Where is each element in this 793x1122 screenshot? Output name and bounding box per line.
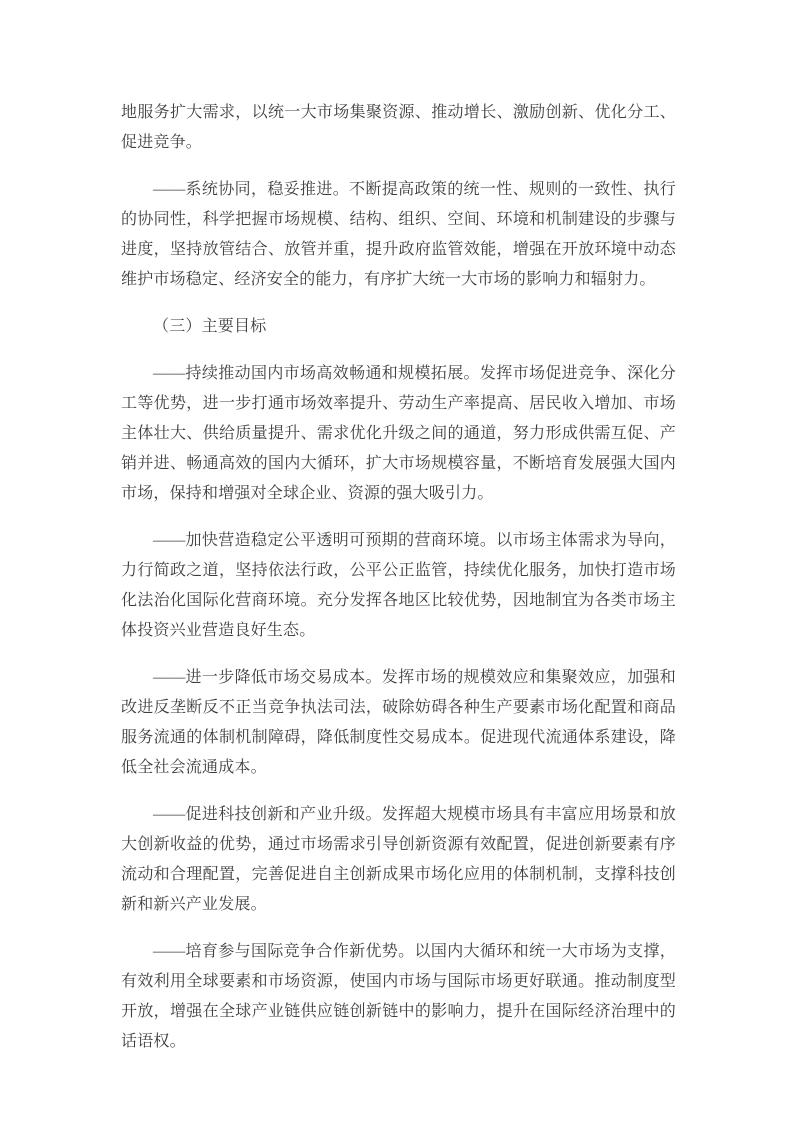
paragraph-continuation: 地服务扩大需求，以统一大市场集聚资源、推动增长、激励创新、优化分工、促进竞争。 [121,98,676,158]
paragraph-goal-business-environment: ——加快营造稳定公平透明可预期的营商环境。以市场主体需求为导向，力行简政之道，坚… [121,526,676,646]
document-page: 地服务扩大需求，以统一大市场集聚资源、推动增长、激励创新、优化分工、促进竞争。 … [0,0,793,1122]
paragraph-goal-tech-innovation-upgrade: ——促进科技创新和产业升级。发挥超大规模市场具有丰富应用场景和放大创新收益的优势… [121,800,676,920]
paragraph-goal-international-competition: ——培育参与国际竞争合作新优势。以国内大循环和统一大市场为支撑，有效利用全球要素… [121,937,676,1057]
paragraph-goal-lower-transaction-costs: ——进一步降低市场交易成本。发挥市场的规模效应和集聚效应，加强和改进反垄断反不正… [121,663,676,783]
paragraph-principle-system-coordination: ——系统协同，稳妥推进。不断提高政策的统一性、规则的一致性、执行的协同性，科学把… [121,175,676,295]
section-heading-main-goals: （三）主要目标 [121,312,676,342]
paragraph-goal-domestic-market-expansion: ——持续推动国内市场高效畅通和规模拓展。发挥市场促进竞争、深化分工等优势，进一步… [121,359,676,509]
